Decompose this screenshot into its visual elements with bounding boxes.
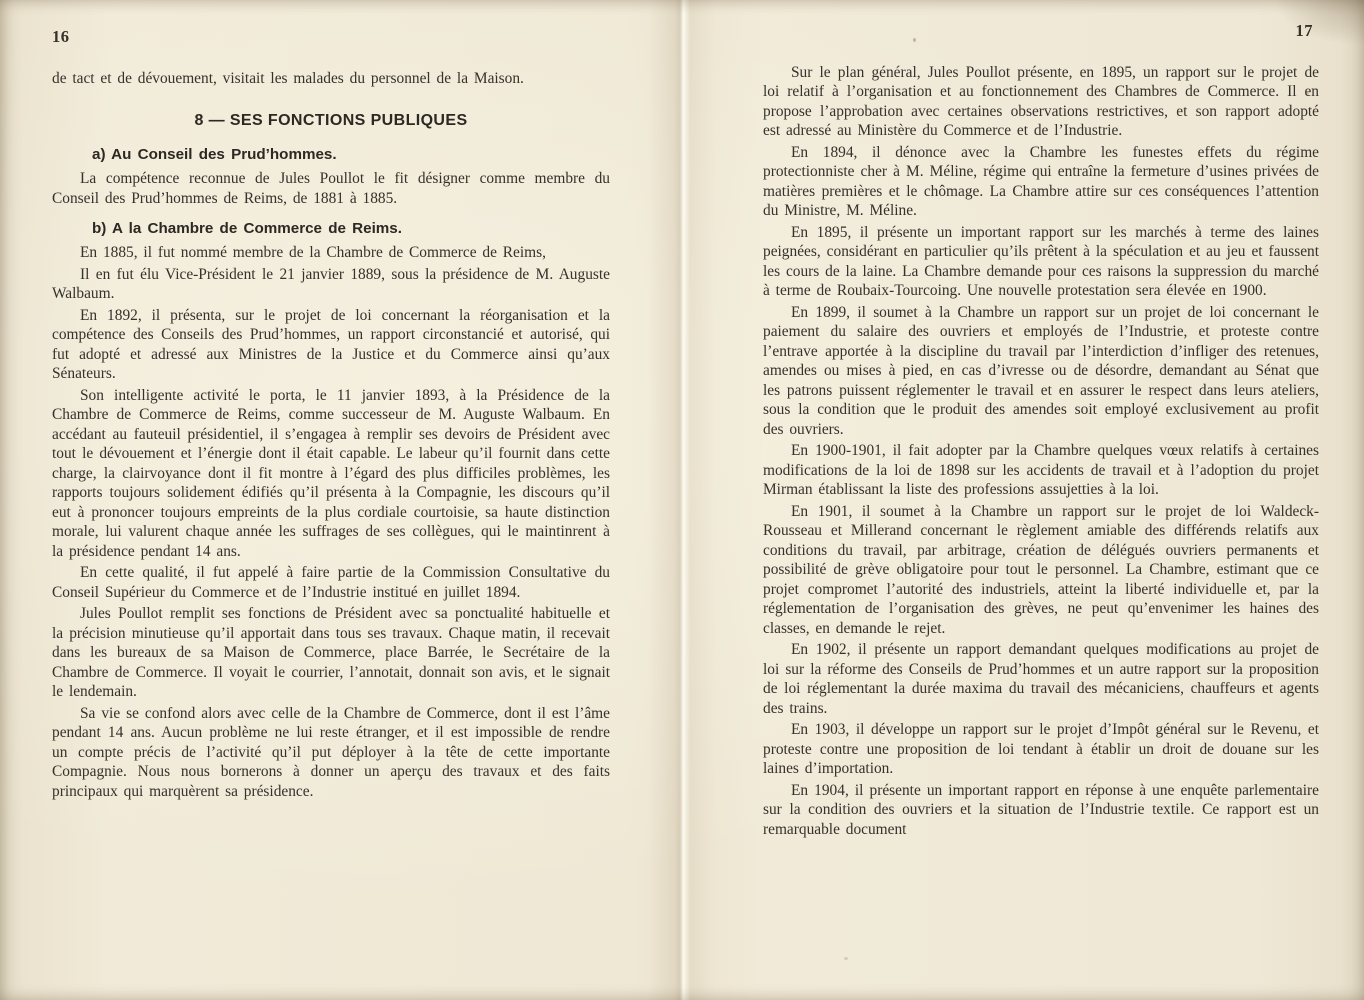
paragraph: Sur le plan général, Jules Poullot prése… — [763, 63, 1319, 141]
sub-heading-conseil-prudhommes: a) Au Conseil des Prud’hommes. — [92, 146, 610, 163]
paragraph: En 1885, il fut nommé membre de la Chamb… — [52, 243, 610, 263]
paragraph: En 1902, il présente un rapport demandan… — [763, 640, 1319, 718]
paragraph: En 1900-1901, il fait adopter par la Cha… — [763, 441, 1319, 500]
page-number-left: 16 — [52, 27, 610, 47]
paragraph: En 1903, il développe un rapport sur le … — [763, 720, 1319, 779]
paragraph: En 1904, il présente un important rappor… — [763, 781, 1319, 840]
paragraph: Son intelligente activité le porta, le 1… — [52, 386, 610, 562]
paragraph: Il en fut élu Vice-Président le 21 janvi… — [52, 265, 610, 304]
section-heading-fonctions-publiques: 8 — SES FONCTIONS PUBLIQUES — [52, 112, 610, 130]
sub-heading-chambre-commerce: b) A la Chambre de Commerce de Reims. — [92, 220, 610, 237]
paper-speck — [844, 957, 848, 960]
page-17: 17 Sur le plan général, Jules Poullot pr… — [763, 21, 1319, 841]
paragraph-continuation: de tact et de dévouement, visitait les m… — [52, 69, 610, 89]
paragraph: Jules Poullot remplit ses fonctions de P… — [52, 604, 610, 702]
paragraph: En 1899, il soumet à la Chambre un rappo… — [763, 303, 1319, 440]
gutter-crease — [648, 0, 716, 1000]
paragraph: En 1901, il soumet à la Chambre un rappo… — [763, 502, 1319, 639]
paragraph: En cette qualité, il fut appelé à faire … — [52, 563, 610, 602]
paragraph: La compétence reconnue de Jules Poullot … — [52, 169, 610, 208]
paragraph: En 1895, il présente un important rappor… — [763, 223, 1319, 301]
paragraph: En 1892, il présenta, sur le projet de l… — [52, 306, 610, 384]
page-16: 16 de tact et de dévouement, visitait le… — [52, 27, 610, 803]
page-number-right: 17 — [763, 21, 1319, 41]
paragraph: Sa vie se confond alors avec celle de la… — [52, 704, 610, 802]
paragraph: En 1894, il dénonce avec la Chambre les … — [763, 143, 1319, 221]
